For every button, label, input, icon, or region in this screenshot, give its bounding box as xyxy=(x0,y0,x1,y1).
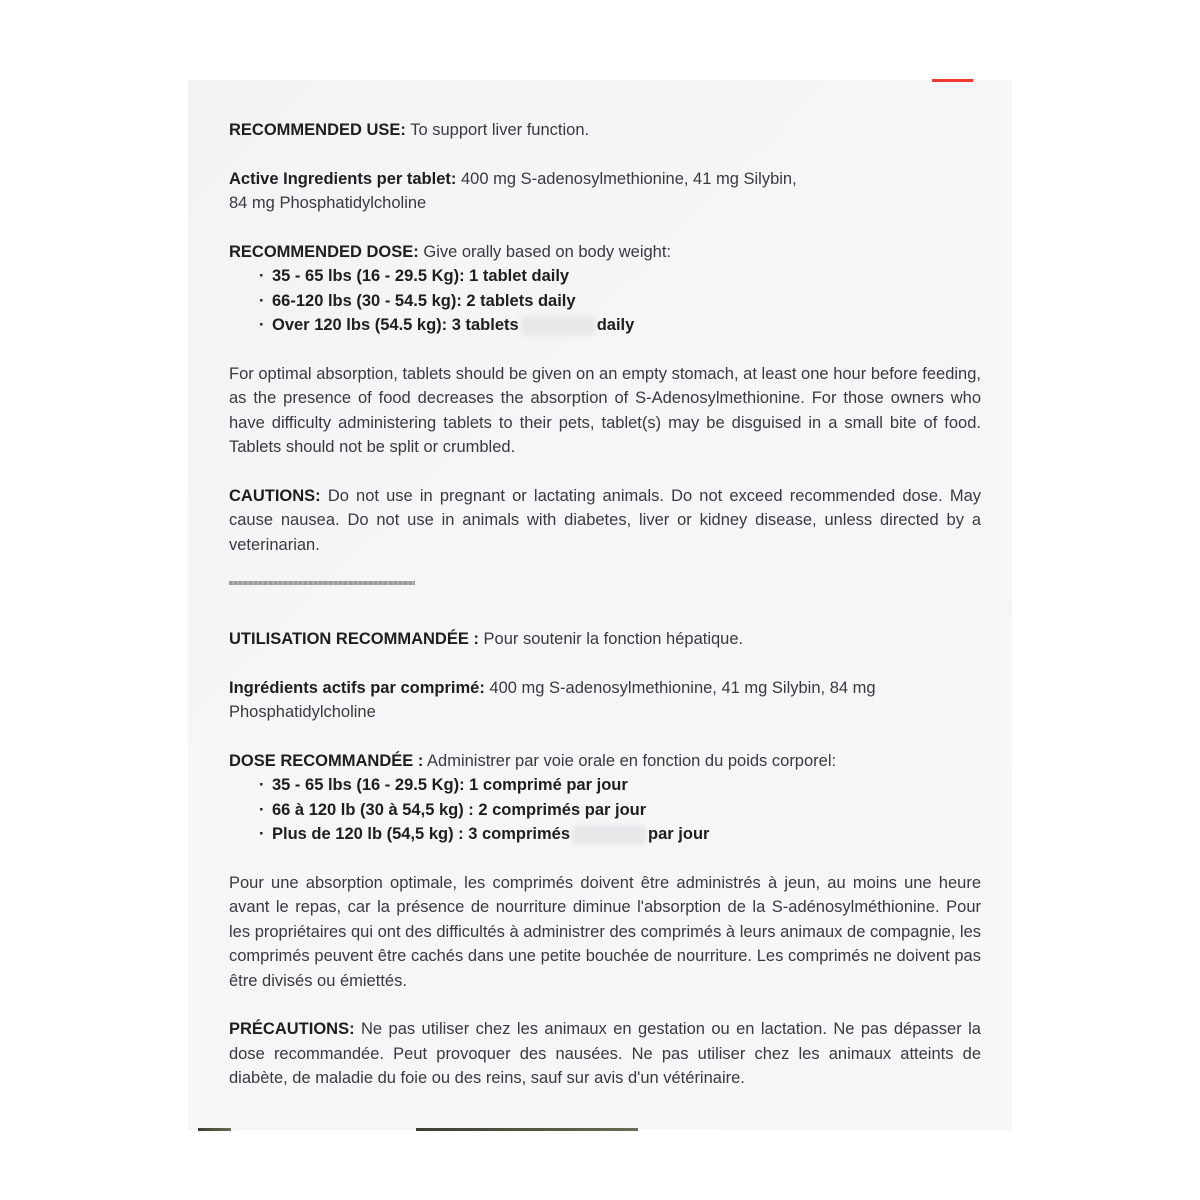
dose-item: ·66-120 lbs (30 - 54.5 kg): 2 tablets da… xyxy=(259,289,981,314)
dose-item: ·66 à 120 lb (30 à 54,5 kg) : 2 comprimé… xyxy=(259,798,981,823)
bullet-icon: · xyxy=(259,773,272,798)
ingredients-actifs-label: Ingrédients actifs par comprimé: xyxy=(229,679,485,697)
section-divider xyxy=(229,581,415,585)
precautions: PRÉCAUTIONS: Ne pas utiliser chez les an… xyxy=(229,1017,981,1091)
ingredients-actifs: Ingrédients actifs par comprimé: 400 mg … xyxy=(229,676,981,725)
redacted-blur xyxy=(521,316,595,336)
recommended-dose: RECOMMENDED DOSE: Give orally based on b… xyxy=(229,240,981,338)
bullet-icon: · xyxy=(259,822,272,847)
dose-item: ·35 - 65 lbs (16 - 29.5 Kg): 1 comprimé … xyxy=(259,773,981,798)
red-accent-mark xyxy=(932,79,973,82)
dose-item-text-suffix: par jour xyxy=(648,825,709,843)
utilisation-recommandee-label: UTILISATION RECOMMANDÉE : xyxy=(229,630,479,648)
recommended-dose-text: Give orally based on body weight: xyxy=(423,243,671,261)
dose-item-text: 66-120 lbs (30 - 54.5 kg): 2 tablets dai… xyxy=(272,292,576,310)
dose-recommandee-label: DOSE RECOMMANDÉE : xyxy=(229,752,423,770)
redacted-blur xyxy=(572,825,646,845)
active-ingredients-text: 400 mg S-adenosylmethionine, 41 mg Silyb… xyxy=(461,170,797,188)
recommended-use-label: RECOMMENDED USE: xyxy=(229,121,406,139)
utilisation-recommandee-text: Pour soutenir la fonction hépatique. xyxy=(484,630,744,648)
dose-recommandee: DOSE RECOMMANDÉE : Administrer par voie … xyxy=(229,749,981,847)
active-ingredients: Active Ingredients per tablet: 400 mg S-… xyxy=(229,167,981,216)
cautions-text: Do not use in pregnant or lactating anim… xyxy=(229,487,981,554)
cautions: CAUTIONS: Do not use in pregnant or lact… xyxy=(229,484,981,558)
recommended-dose-label: RECOMMENDED DOSE: xyxy=(229,243,419,261)
recommended-use-text: To support liver function. xyxy=(410,121,589,139)
dose-recommandee-text: Administrer par voie orale en fonction d… xyxy=(427,752,836,770)
bullet-icon: · xyxy=(259,313,272,338)
utilisation-recommandee: UTILISATION RECOMMANDÉE : Pour soutenir … xyxy=(229,627,981,652)
dose-item: ·35 - 65 lbs (16 - 29.5 Kg): 1 tablet da… xyxy=(259,264,981,289)
dose-item-text: 35 - 65 lbs (16 - 29.5 Kg): 1 tablet dai… xyxy=(272,267,569,285)
bullet-icon: · xyxy=(259,289,272,314)
french-section: UTILISATION RECOMMANDÉE : Pour soutenir … xyxy=(229,627,981,1091)
dose-item-text: Over 120 lbs (54.5 kg): 3 tablets xyxy=(272,316,519,334)
dose-item: ·Plus de 120 lb (54,5 kg) : 3 comprimésp… xyxy=(259,822,981,847)
absorption-paragraph-fr: Pour une absorption optimale, les compri… xyxy=(229,871,981,994)
absorption-paragraph: For optimal absorption, tablets should b… xyxy=(229,362,981,460)
dose-list: ·35 - 65 lbs (16 - 29.5 Kg): 1 tablet da… xyxy=(229,264,981,338)
active-ingredients-label: Active Ingredients per tablet: xyxy=(229,170,456,188)
precautions-label: PRÉCAUTIONS: xyxy=(229,1020,355,1038)
dose-list-fr: ·35 - 65 lbs (16 - 29.5 Kg): 1 comprimé … xyxy=(229,773,981,847)
box-bottom-flap-edge xyxy=(198,1128,231,1131)
dose-item: ·Over 120 lbs (54.5 kg): 3 tabletsdaily xyxy=(259,313,981,338)
box-bottom-flap-edge xyxy=(416,1128,638,1131)
dose-item-text: 66 à 120 lb (30 à 54,5 kg) : 2 comprimés… xyxy=(272,801,646,819)
label-content: RECOMMENDED USE: To support liver functi… xyxy=(229,118,981,1115)
bullet-icon: · xyxy=(259,798,272,823)
dose-item-text: Plus de 120 lb (54,5 kg) : 3 comprimés xyxy=(272,825,570,843)
recommended-use: RECOMMENDED USE: To support liver functi… xyxy=(229,118,981,143)
active-ingredients-text-line2: 84 mg Phosphatidylcholine xyxy=(229,194,426,212)
dose-item-text: 35 - 65 lbs (16 - 29.5 Kg): 1 comprimé p… xyxy=(272,776,628,794)
dose-item-text-suffix: daily xyxy=(597,316,635,334)
cautions-label: CAUTIONS: xyxy=(229,487,321,505)
english-section: RECOMMENDED USE: To support liver functi… xyxy=(229,118,981,557)
bullet-icon: · xyxy=(259,264,272,289)
